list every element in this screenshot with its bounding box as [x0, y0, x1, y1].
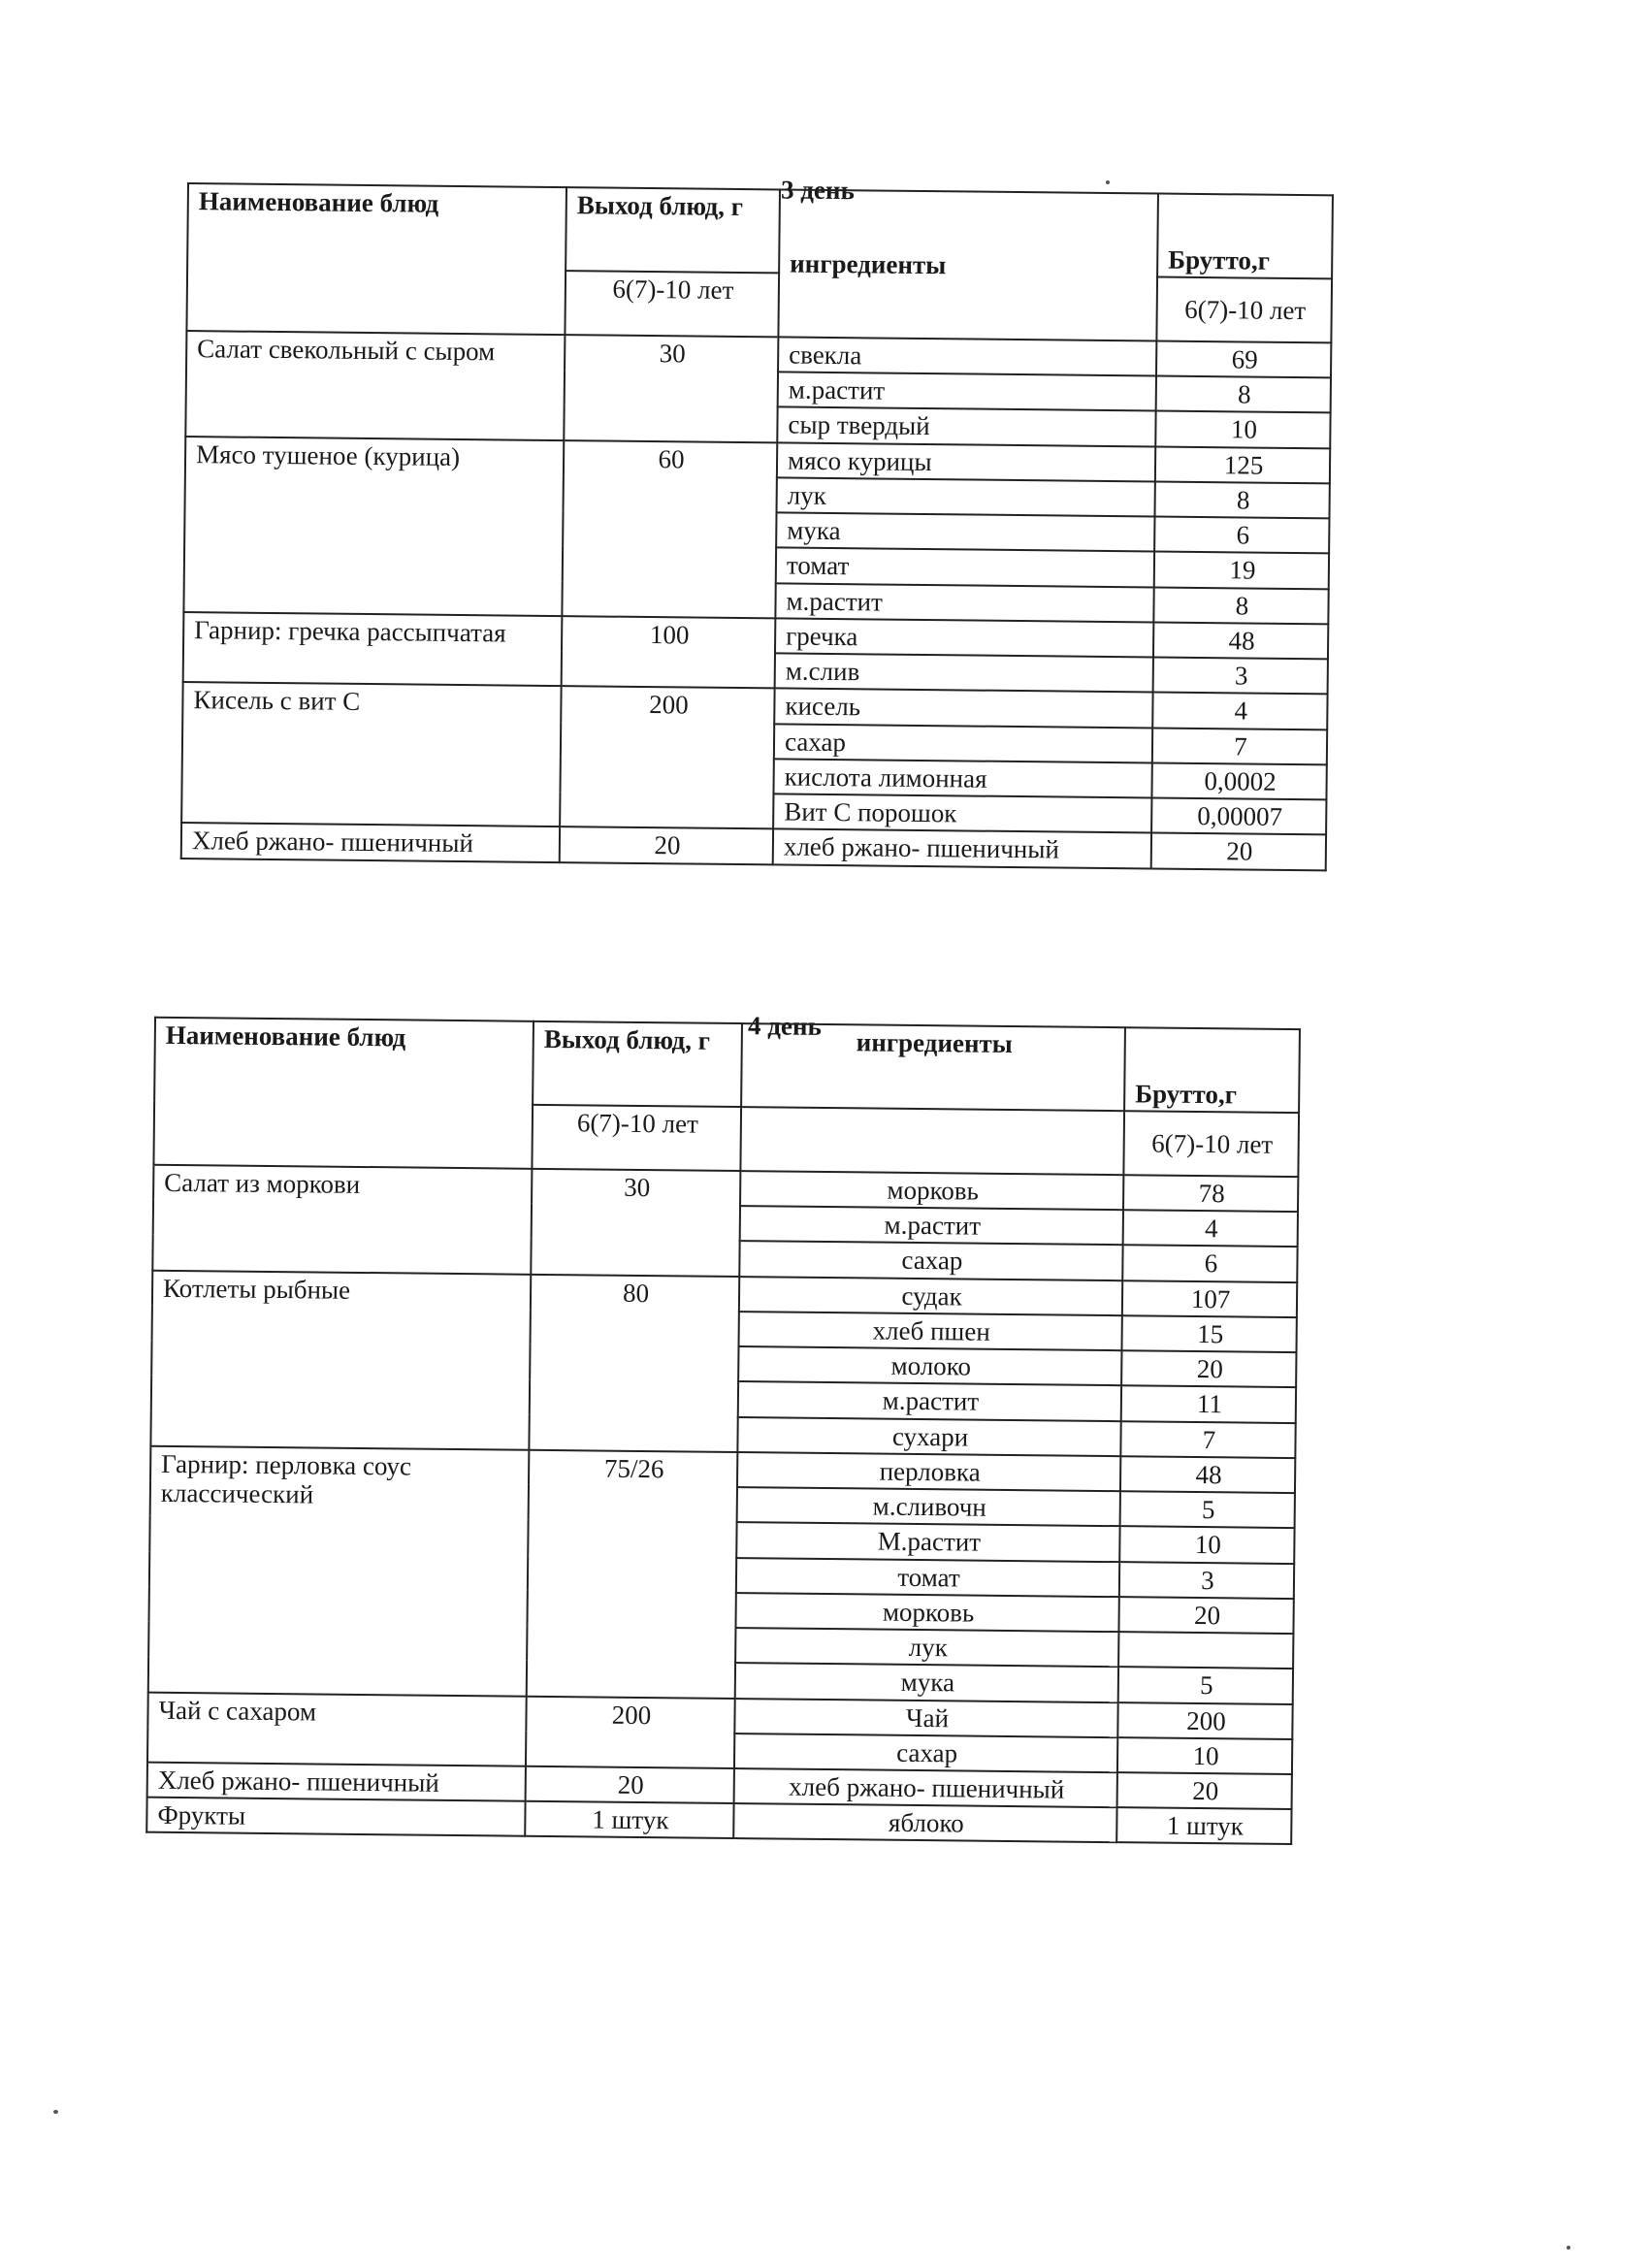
ingredient-gross: 5 — [1120, 1491, 1295, 1528]
ingredient-gross: 4 — [1152, 693, 1327, 729]
ingredient-name: м.слив — [775, 654, 1153, 693]
ingredient-gross: 48 — [1153, 622, 1328, 659]
ingredient-name: судак — [739, 1277, 1122, 1315]
ingredient-gross: 19 — [1154, 552, 1329, 589]
ingredient-name: лук — [735, 1628, 1118, 1667]
ingredient-name: томат — [736, 1558, 1119, 1597]
dish-name: Мясо тушеное (курица) — [183, 437, 564, 616]
header-row: Наименование блюдВыход блюд, гингредиент… — [187, 183, 1333, 278]
ingredient-gross: 8 — [1156, 376, 1331, 413]
header-yield: Выход блюд, г — [566, 187, 780, 273]
ingredient-name: м.растит — [738, 1381, 1121, 1420]
scan-speck — [53, 2110, 58, 2114]
ingredient-name: хлеб ржано- пшеничный — [773, 829, 1151, 868]
dish-yield: 80 — [529, 1275, 739, 1452]
dish-name: Кисель с вит С — [181, 682, 561, 826]
dish-name: Хлеб ржано- пшеничный — [181, 823, 560, 861]
ingredient-name: сахар — [739, 1242, 1122, 1280]
ingredient-name: м.растит — [740, 1206, 1123, 1245]
ingredient-gross: 48 — [1120, 1456, 1295, 1493]
ingredient-name: сахар — [774, 724, 1152, 762]
ingredient-gross: 3 — [1153, 658, 1328, 695]
scan-speck — [1106, 180, 1110, 184]
ingredient-gross: 20 — [1151, 833, 1326, 870]
ingredient-name: сыр твердый — [777, 407, 1155, 446]
dish-yield: 100 — [562, 616, 776, 689]
ingredient-gross: 78 — [1123, 1175, 1298, 1212]
ingredient-name: томат — [776, 548, 1154, 587]
ingredient-gross: 10 — [1117, 1737, 1292, 1774]
ingredient-gross: 5 — [1118, 1667, 1293, 1703]
ingredient-gross: 125 — [1155, 446, 1330, 483]
ingredient-name: Вит С порошок — [773, 794, 1151, 832]
ingredient-gross: 0,00007 — [1151, 798, 1326, 835]
ingredient-name: свекла — [778, 337, 1156, 375]
dish-yield: 30 — [531, 1169, 740, 1277]
header-dish-name: Наименование блюд — [186, 183, 566, 335]
ingredient-name: м.растит — [775, 583, 1153, 622]
ingredient-gross: 69 — [1156, 341, 1331, 378]
dish-yield: 1 штук — [525, 1801, 733, 1838]
header-yield-age: 6(7)-10 лет — [565, 271, 779, 337]
ingredient-name: сухари — [737, 1417, 1120, 1456]
ingredient-gross: 6 — [1154, 517, 1329, 554]
dish-name: Фрукты — [146, 1798, 525, 1836]
dish-name: Чай с сахаром — [147, 1692, 527, 1766]
ingredient-gross: 11 — [1121, 1386, 1296, 1423]
ingredient-gross: 15 — [1121, 1315, 1296, 1352]
header-dish-name: Наименование блюд — [153, 1018, 533, 1169]
ingredient-name: хлеб пшен — [739, 1312, 1122, 1350]
dish-yield: 200 — [526, 1696, 735, 1768]
header-gross: Брутто,г — [1157, 194, 1333, 279]
header-gross-age: 6(7)-10 лет — [1123, 1111, 1299, 1177]
header-yield: Выход блюд, г — [533, 1021, 742, 1107]
dish-name: Салат из моркови — [152, 1165, 532, 1275]
ingredient-name: морковь — [735, 1593, 1118, 1632]
dish-yield: 20 — [560, 826, 773, 864]
ingredient-name: мясо курицы — [777, 442, 1155, 481]
dish-yield: 60 — [562, 440, 777, 618]
ingredient-gross: 20 — [1121, 1350, 1296, 1387]
ingredient-name: мука — [735, 1663, 1118, 1701]
ingredient-gross: 10 — [1119, 1527, 1294, 1564]
ingredient-name: М.растит — [736, 1522, 1119, 1561]
ingredient-name: лук — [777, 477, 1155, 516]
ingredient-gross: 3 — [1119, 1562, 1294, 1599]
ingredient-gross: 200 — [1117, 1702, 1292, 1739]
ingredient-gross: 8 — [1154, 481, 1329, 518]
ingredient-gross — [1118, 1632, 1293, 1669]
ingredient-name: перловка — [737, 1452, 1120, 1491]
dish-name: Салат свекольный с сыром — [185, 331, 565, 440]
dish-name: Хлеб ржано- пшеничный — [147, 1763, 526, 1801]
dish-yield: 200 — [560, 686, 775, 828]
header-row: Наименование блюдВыход блюд, гингредиент… — [154, 1018, 1300, 1113]
ingredient-name: хлеб ржано- пшеничный — [734, 1768, 1117, 1807]
ingredient-gross: 7 — [1152, 728, 1327, 764]
dish-name: Гарнир: перловка соус классический — [148, 1446, 530, 1697]
dish-name: Котлеты рыбные — [150, 1270, 531, 1449]
ingredient-name: м.сливочн — [737, 1487, 1120, 1526]
menu-table-day-3: Наименование блюдВыход блюд, гингредиент… — [180, 182, 1334, 871]
ingredient-gross: 20 — [1117, 1772, 1292, 1809]
dish-yield: 30 — [564, 335, 778, 442]
ingredient-name: кислота лимонная — [773, 759, 1151, 797]
menu-table-day-4: Наименование блюдВыход блюд, гингредиент… — [145, 1017, 1301, 1846]
header-gross: Брутто,г — [1124, 1027, 1300, 1113]
ingredient-name: кисель — [774, 689, 1152, 728]
ingredient-gross: 0,0002 — [1151, 762, 1326, 799]
ingredient-name: гречка — [775, 618, 1153, 657]
ingredient-name: морковь — [740, 1171, 1123, 1210]
ingredient-gross: 7 — [1120, 1421, 1295, 1458]
header-ingredients: ингредиенты — [741, 1023, 1125, 1111]
header-gross-age: 6(7)-10 лет — [1156, 277, 1332, 343]
ingredient-name: молоко — [738, 1346, 1121, 1385]
ingredient-gross: 107 — [1122, 1280, 1297, 1317]
ingredient-gross: 1 штук — [1116, 1807, 1291, 1844]
ingredient-gross: 6 — [1122, 1246, 1297, 1282]
dish-yield: 75/26 — [527, 1450, 738, 1699]
dish-name: Гарнир: гречка рассыпчатая — [183, 612, 563, 687]
scan-speck — [1567, 2246, 1570, 2250]
ingredient-name: м.растит — [778, 373, 1156, 411]
ingredient-gross: 8 — [1153, 587, 1328, 624]
ingredient-gross: 4 — [1123, 1210, 1298, 1247]
ingredient-name: мука — [776, 513, 1154, 552]
header-ingredients-empty — [740, 1107, 1124, 1175]
ingredient-gross: 10 — [1155, 411, 1330, 448]
ingredient-name: яблоко — [733, 1803, 1116, 1842]
ingredient-gross: 20 — [1118, 1597, 1293, 1634]
header-ingredients: ингредиенты — [778, 189, 1158, 340]
dish-yield: 20 — [526, 1766, 734, 1803]
ingredient-name: Чай — [734, 1699, 1117, 1737]
ingredient-name: сахар — [734, 1733, 1117, 1772]
header-yield-age: 6(7)-10 лет — [532, 1105, 741, 1171]
